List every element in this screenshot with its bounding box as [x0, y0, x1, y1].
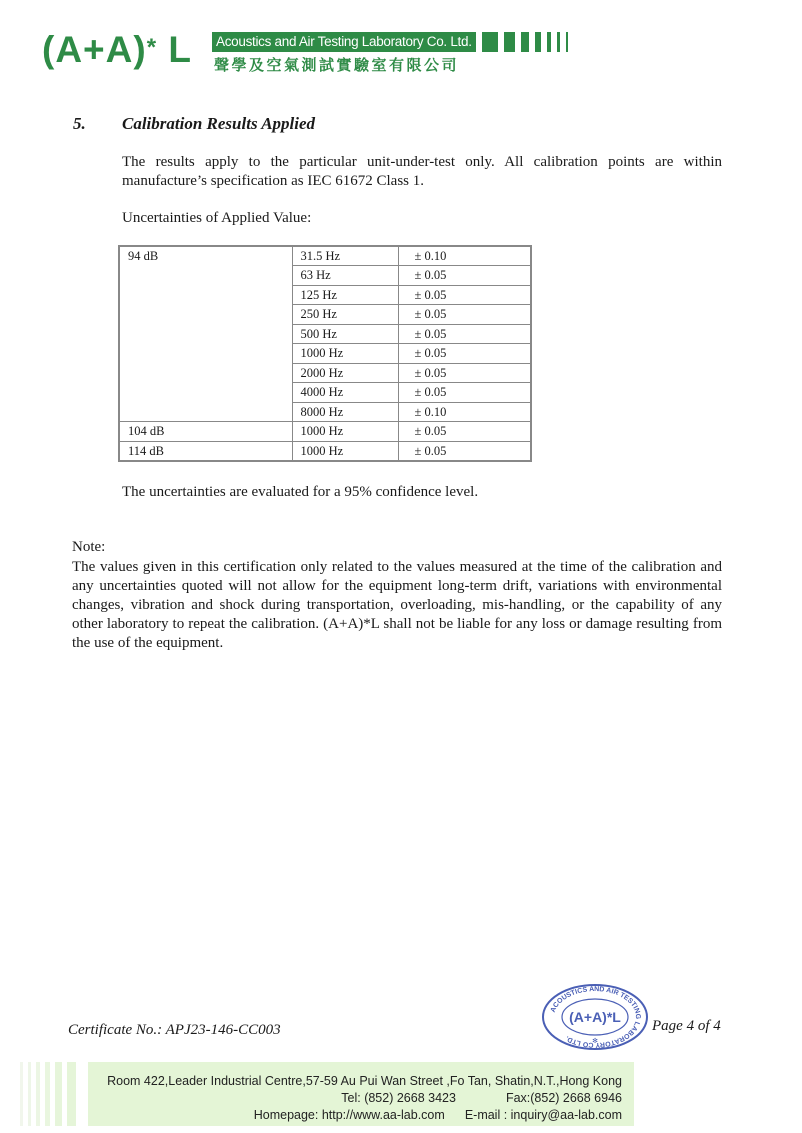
footer-address: Room 422,Leader Industrial Centre,57-59 … [0, 1073, 622, 1090]
frequency-cell: 125 Hz [292, 285, 398, 305]
uncertainties-label: Uncertainties of Applied Value: [122, 210, 311, 227]
frequency-cell: 1000 Hz [292, 344, 398, 364]
certificate-number: Certificate No.: APJ23-146-CC003 [68, 1022, 281, 1039]
footer-email[interactable]: E-mail : inquiry@aa-lab.com [465, 1108, 622, 1122]
sound-level-cell: 104 dB [119, 422, 292, 442]
decorative-bars-icon [482, 32, 574, 52]
frequency-cell: 250 Hz [292, 305, 398, 325]
note-text: The values given in this certification o… [72, 558, 722, 653]
svg-text:(A+A)*L: (A+A)*L [569, 1009, 621, 1025]
uncertainty-cell: ± 0.05 [398, 363, 531, 383]
results-paragraph: The results apply to the particular unit… [122, 153, 722, 191]
footer-tel: Tel: (852) 2668 3423 [341, 1091, 456, 1105]
footer-homepage[interactable]: Homepage: http://www.aa-lab.com [254, 1108, 445, 1122]
company-stamp-icon: ACOUSTICS AND AIR TESTING LABORATORY CO … [540, 983, 650, 1051]
note-heading: Note: [72, 539, 105, 556]
page-number: Page 4 of 4 [652, 1018, 721, 1035]
company-logo: (A+A)* L [42, 28, 192, 72]
uncertainty-cell: ± 0.05 [398, 441, 531, 461]
svg-text:✻: ✻ [592, 1037, 598, 1045]
confidence-statement: The uncertainties are evaluated for a 95… [122, 484, 478, 501]
sound-level-cell: 114 dB [119, 441, 292, 461]
company-name-chinese: 聲學及空氣測試實驗室有限公司 [214, 54, 459, 75]
frequency-cell: 1000 Hz [292, 441, 398, 461]
table-row: 104 dB1000 Hz± 0.05 [119, 422, 531, 442]
footer-fax: Fax:(852) 2668 6946 [506, 1091, 622, 1105]
uncertainty-cell: ± 0.10 [398, 246, 531, 266]
letterhead: (A+A)* L Acoustics and Air Testing Labor… [42, 26, 582, 78]
company-name-english: Acoustics and Air Testing Laboratory Co.… [212, 32, 476, 52]
frequency-cell: 31.5 Hz [292, 246, 398, 266]
frequency-cell: 63 Hz [292, 266, 398, 286]
frequency-cell: 8000 Hz [292, 402, 398, 422]
uncertainty-cell: ± 0.05 [398, 285, 531, 305]
uncertainty-cell: ± 0.10 [398, 402, 531, 422]
section-title: Calibration Results Applied [122, 114, 315, 134]
table-row: 94 dB31.5 Hz± 0.10 [119, 246, 531, 266]
uncertainty-cell: ± 0.05 [398, 305, 531, 325]
section-number: 5. [73, 114, 86, 134]
uncertainty-cell: ± 0.05 [398, 266, 531, 286]
frequency-cell: 1000 Hz [292, 422, 398, 442]
footer-band: Room 422,Leader Industrial Centre,57-59 … [0, 1062, 802, 1126]
frequency-cell: 4000 Hz [292, 383, 398, 403]
frequency-cell: 2000 Hz [292, 363, 398, 383]
uncertainty-cell: ± 0.05 [398, 383, 531, 403]
table-row: 114 dB1000 Hz± 0.05 [119, 441, 531, 461]
uncertainty-cell: ± 0.05 [398, 344, 531, 364]
uncertainty-cell: ± 0.05 [398, 422, 531, 442]
frequency-cell: 500 Hz [292, 324, 398, 344]
uncertainty-table: 94 dB31.5 Hz± 0.1063 Hz± 0.05125 Hz± 0.0… [118, 245, 532, 462]
sound-level-cell: 94 dB [119, 246, 292, 422]
uncertainty-cell: ± 0.05 [398, 324, 531, 344]
